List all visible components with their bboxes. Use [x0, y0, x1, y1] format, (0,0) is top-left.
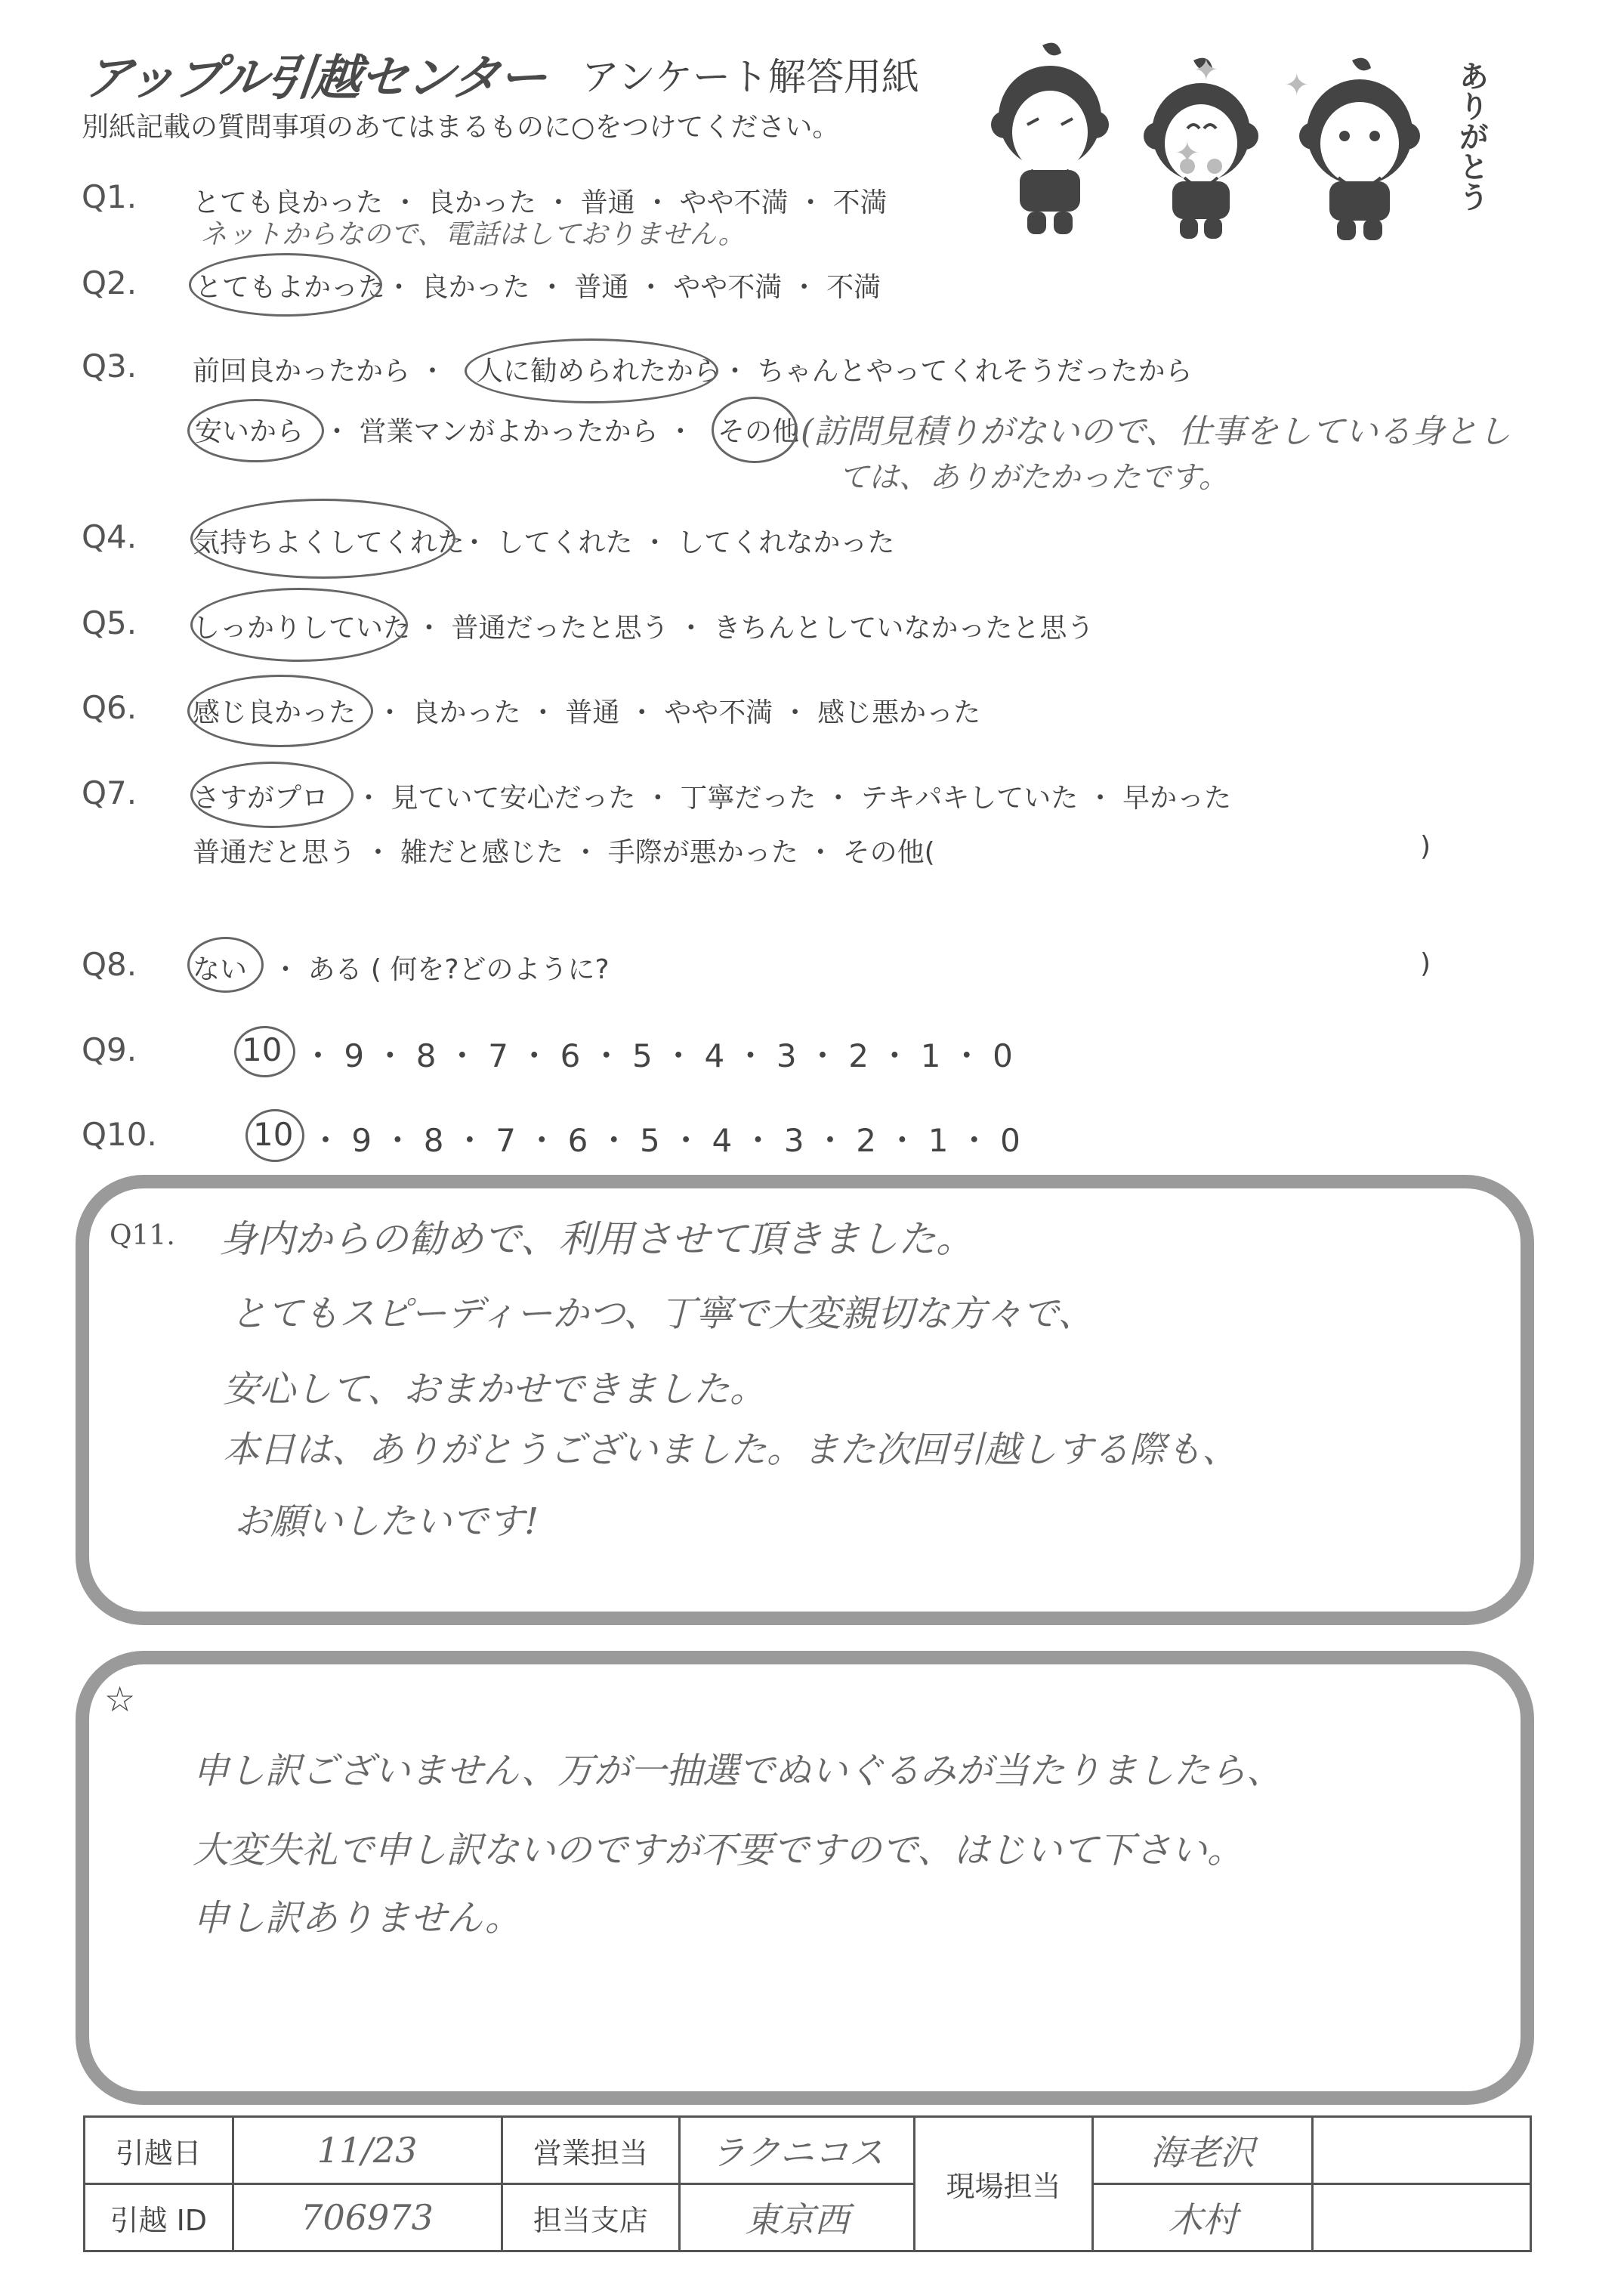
field-staff-value-2: 木村 — [1092, 2184, 1313, 2251]
q3-selection-circle — [712, 397, 798, 463]
q1-label: Q1. — [82, 178, 137, 215]
q11-label: Q11. — [110, 1220, 175, 1251]
q9-selection-circle — [234, 1026, 295, 1077]
q8-selection-circle — [187, 937, 264, 993]
move-id-value: 706973 — [233, 2184, 502, 2251]
q7-options-line2[interactable]: 普通だと思う ・ 雑だと感じた ・ 手際が悪かった ・ その他( — [193, 831, 935, 870]
move-id-label: 引越 ID — [85, 2184, 233, 2251]
q3-selection-circle — [187, 399, 324, 462]
sparkle-icon: ✦ — [1175, 136, 1200, 171]
q10-selection-circle — [245, 1109, 304, 1162]
q11-comment-line: 身内からの勧めで、利用させて頂きました。 — [219, 1209, 974, 1263]
branch-value: 東京西 — [680, 2184, 915, 2251]
q3-handwritten-line1: (訪問見積りがないので、仕事をしている身とし — [801, 404, 1511, 453]
q3-option-sales[interactable]: ・ 営業マンがよかったから ・ — [323, 410, 694, 449]
q5-label: Q5. — [82, 604, 137, 641]
q9-score-options[interactable]: ・ 9 ・ 8 ・ 7 ・ 6 ・ 5 ・ 4 ・ 3 ・ 2 ・ 1 ・ 0 — [302, 1031, 1013, 1077]
q2-label: Q2. — [82, 264, 137, 301]
q6-selection-circle — [187, 675, 373, 747]
q8-close-paren: ) — [1420, 948, 1431, 979]
q3-label: Q3. — [82, 348, 137, 385]
form-title: アンケート解答用紙 — [582, 47, 919, 101]
instruction-text: 別紙記載の質問事項のあてはまるものに○をつけてください。 — [82, 106, 839, 144]
q8-label: Q8. — [82, 946, 137, 983]
q11-comment-line: お願いしたいです! — [234, 1492, 539, 1544]
q7-label: Q7. — [82, 774, 137, 811]
company-title: アップル引越センター — [81, 39, 549, 109]
star-icon: ☆ — [104, 1679, 135, 1720]
q6-label: Q6. — [82, 689, 137, 726]
q3-handwritten-line2: ては、ありがたかったです。 — [838, 453, 1229, 496]
q6-options[interactable]: ・ 良かった ・ 普通 ・ やや不満 ・ 感じ悪かった — [376, 691, 980, 730]
q3-option-previous[interactable]: 前回良かったから ・ — [193, 350, 446, 388]
additional-note-line: 大変失礼で申し訳ないのですが不要ですので、はじいて下さい。 — [193, 1821, 1243, 1873]
q1-handwritten-note: ネットからなので、電話はしておりません。 — [200, 213, 745, 252]
q11-comment-line: とてもスピーディーかつ、丁寧で大変親切な方々で、 — [230, 1284, 1094, 1337]
field-staff-label: 現場担当 — [915, 2117, 1093, 2251]
q7-selection-circle — [190, 762, 354, 828]
field-staff-value-1: 海老沢 — [1092, 2117, 1313, 2184]
sparkle-icon: ✦ — [1284, 68, 1310, 103]
field-staff-extra-1 — [1313, 2117, 1531, 2184]
q2-selection-circle — [189, 253, 382, 317]
q4-selection-circle — [190, 499, 455, 579]
q11-comment-line: 本日は、ありがとうございました。また次回引越しする際も、 — [223, 1420, 1238, 1473]
q10-score-options[interactable]: ・ 9 ・ 8 ・ 7 ・ 6 ・ 5 ・ 4 ・ 3 ・ 2 ・ 1 ・ 0 — [310, 1116, 1020, 1161]
q4-label: Q4. — [82, 518, 137, 555]
q5-selection-circle — [190, 588, 408, 662]
branch-label: 担当支店 — [502, 2184, 680, 2251]
q5-options[interactable]: ・ 普通だったと思う ・ きちんとしていなかったと思う — [415, 607, 1094, 645]
field-staff-extra-2 — [1313, 2184, 1531, 2251]
sparkle-icon: ✦ — [1193, 53, 1219, 88]
q3-option-reliable[interactable]: ・ ちゃんとやってくれそうだったから — [721, 350, 1192, 388]
q8-options[interactable]: ・ ある ( 何を?どのように? — [272, 948, 610, 987]
move-date-label: 引越日 — [85, 2117, 233, 2184]
sales-rep-label: 営業担当 — [502, 2117, 680, 2184]
footer-info-table: 引越日 11/23 営業担当 ラクニコス 現場担当 海老沢 引越 ID 7069… — [83, 2115, 1532, 2252]
additional-note-line: 申し訳ございません、万が一抽選でぬいぐるみが当たりましたら、 — [193, 1741, 1283, 1794]
additional-note-line: 申し訳ありません。 — [193, 1889, 521, 1941]
sales-rep-value: ラクニコス — [680, 2117, 915, 2184]
q3-selection-circle — [465, 338, 718, 403]
q2-options[interactable]: ・ 良かった ・ 普通 ・ やや不満 ・ 不満 — [385, 266, 881, 304]
additional-note-box — [76, 1651, 1534, 2105]
q7-options-line1[interactable]: ・ 見ていて安心だった ・ 丁寧だった ・ テキパキしていた ・ 早かった — [355, 777, 1231, 815]
q7-other-close-paren: ) — [1420, 831, 1431, 862]
q4-options[interactable]: ・ してくれた ・ してくれなかった — [461, 521, 894, 560]
q9-label: Q9. — [82, 1031, 137, 1068]
mascot-caption: ありがとう — [1450, 60, 1493, 212]
move-date-value: 11/23 — [233, 2117, 502, 2184]
q10-label: Q10. — [82, 1116, 157, 1153]
q11-comment-line: 安心して、おまかせできました。 — [223, 1360, 766, 1412]
